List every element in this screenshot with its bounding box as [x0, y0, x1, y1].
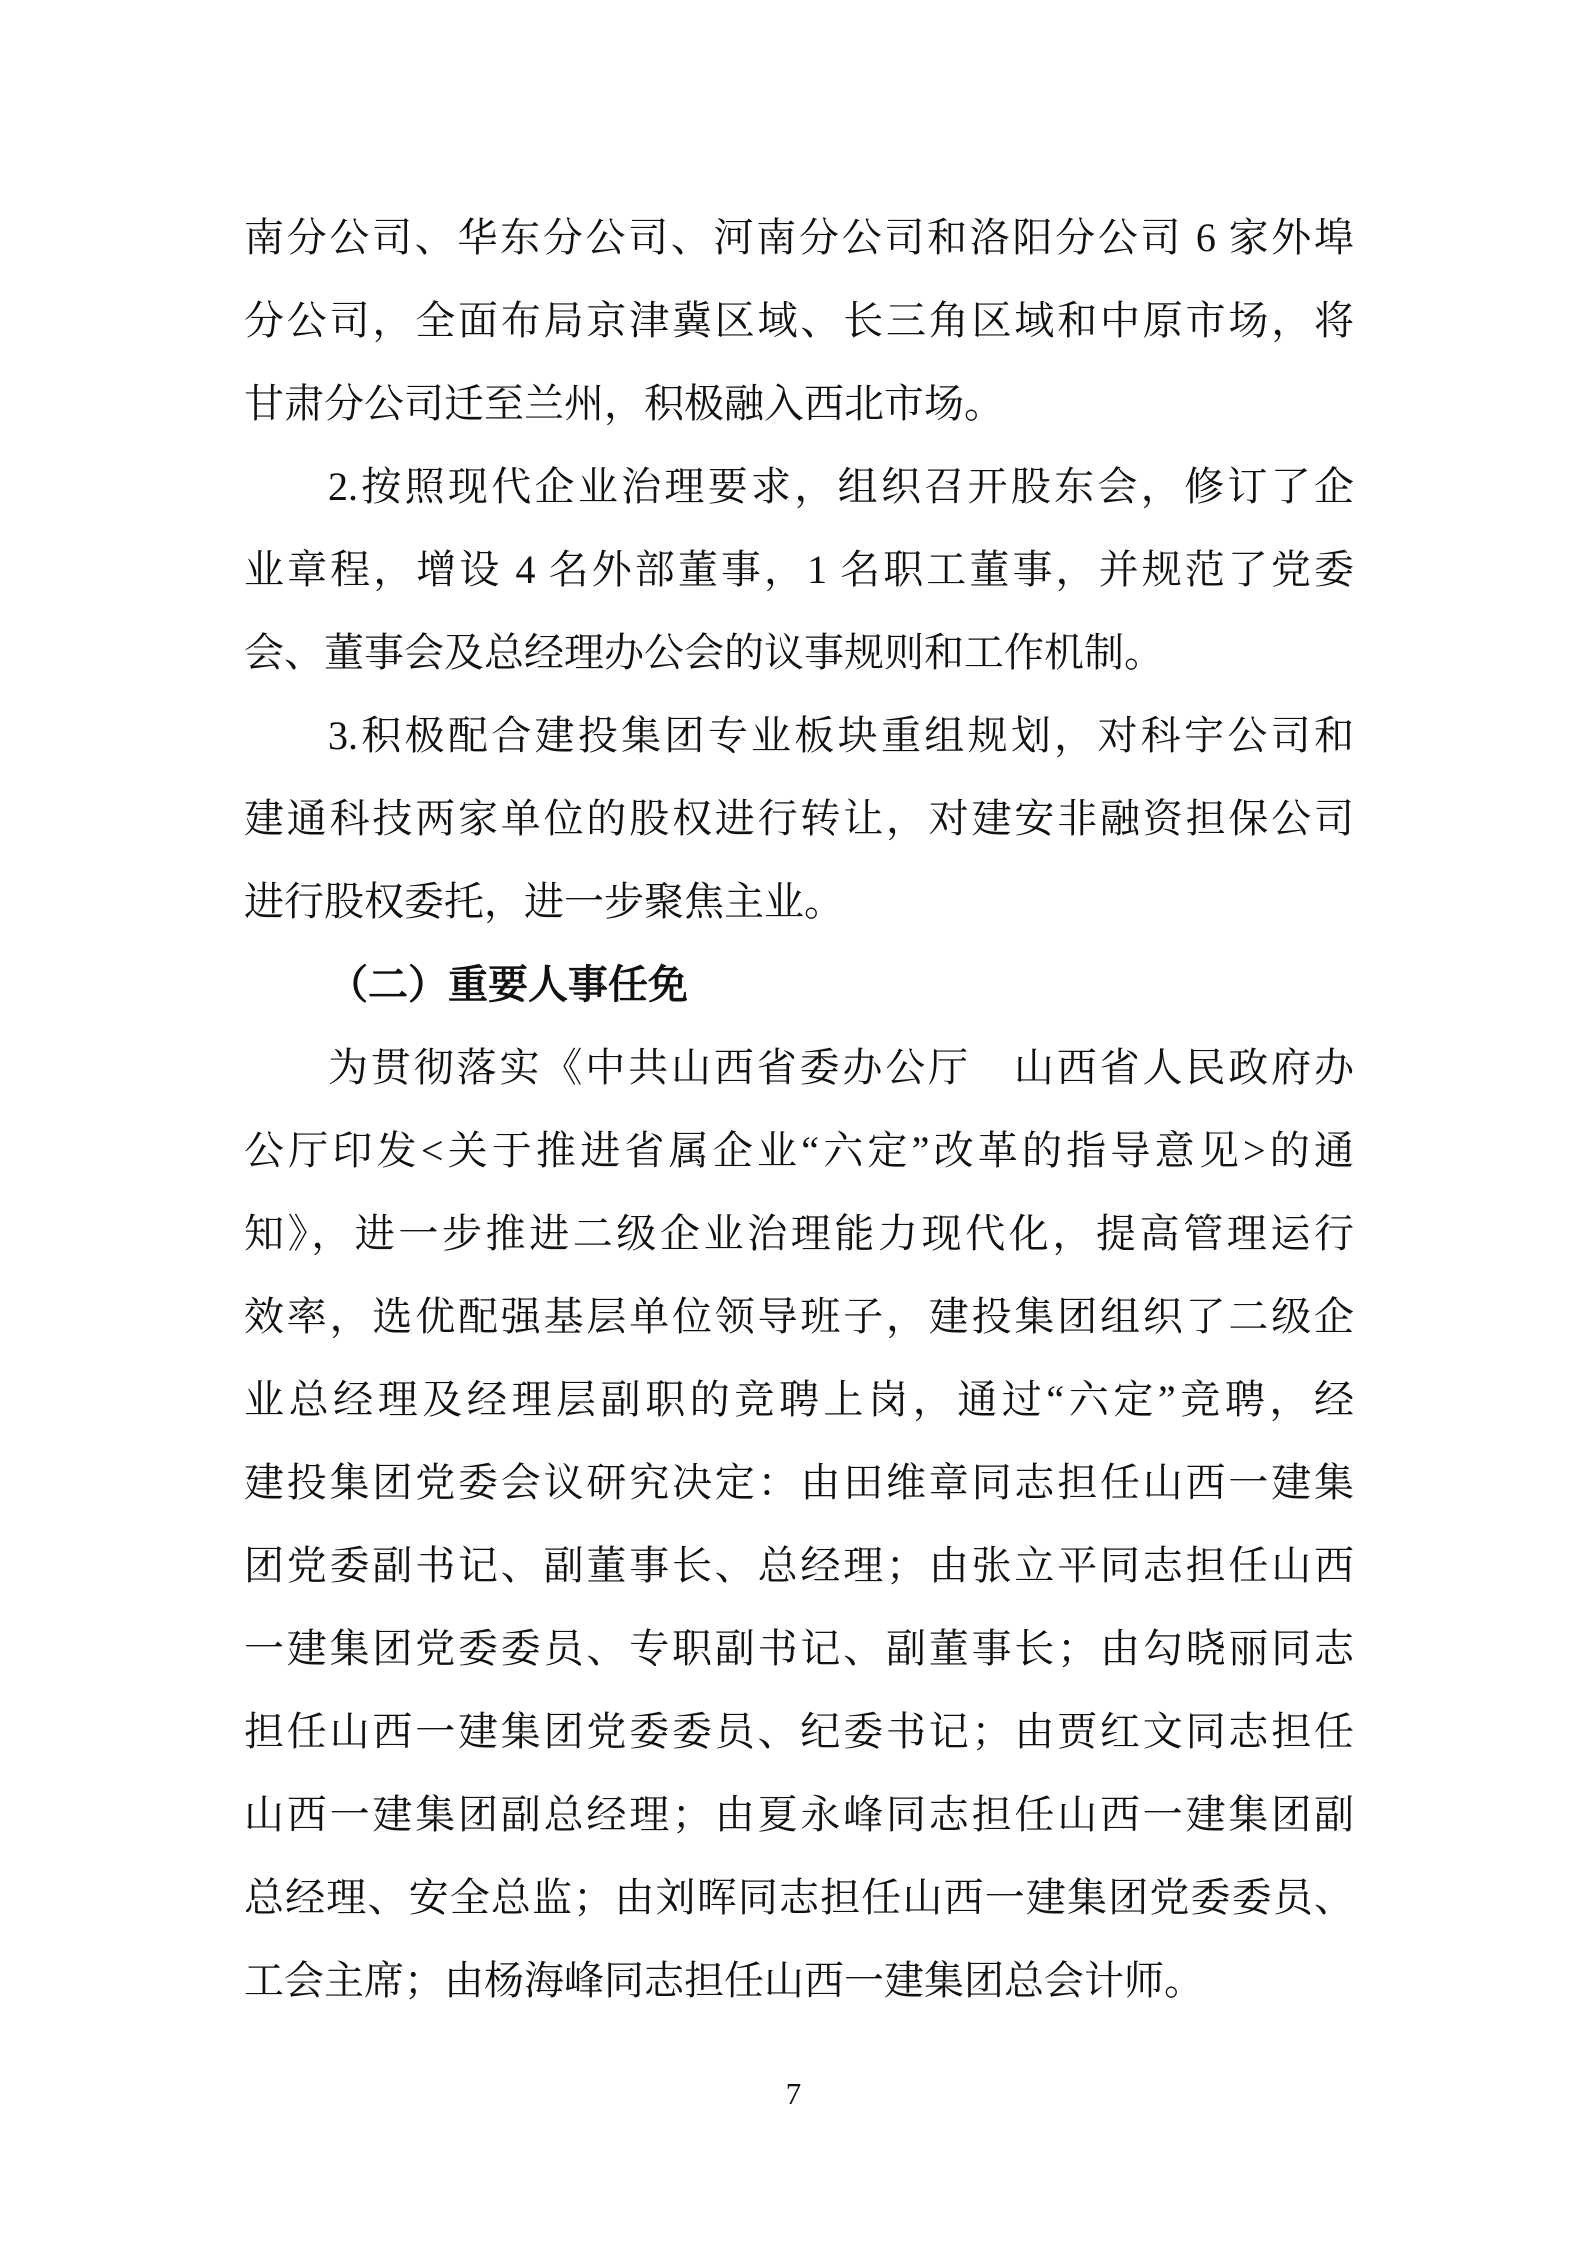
document-line: 建通科技两家单位的股权进行转让，对建安非融资担保公司 [244, 777, 1354, 860]
document-line: 分公司，全面布局京津冀区域、长三角区域和中原市场，将 [244, 279, 1354, 362]
document-line: 甘肃分公司迁至兰州，积极融入西北市场。 [244, 362, 1354, 445]
page-number: 7 [0, 2072, 1587, 2116]
document-line: 山西一建集团副总经理；由夏永峰同志担任山西一建集团副 [244, 1773, 1354, 1856]
document-line: 知》，进一步推进二级企业治理能力现代化，提高管理运行 [244, 1192, 1354, 1275]
document-line: 建投集团党委会议研究决定：由田维章同志担任山西一建集 [244, 1441, 1354, 1524]
document-line: 一建集团党委委员、专职副书记、副董事长；由勾晓丽同志 [244, 1607, 1354, 1690]
document-line: 为贯彻落实《中共山西省委办公厅 山西省人民政府办 [244, 1026, 1354, 1109]
document-line: 业章程，增设 4 名外部董事，1 名职工董事，并规范了党委 [244, 528, 1354, 611]
document-line: 担任山西一建集团党委委员、纪委书记；由贾红文同志担任 [244, 1690, 1354, 1773]
document-line: 总经理、安全总监；由刘晖同志担任山西一建集团党委委员、 [244, 1856, 1354, 1939]
document-line: 会、董事会及总经理办公会的议事规则和工作机制。 [244, 611, 1354, 694]
document-page: 南分公司、华东分公司、河南分公司和洛阳分公司 6 家外埠分公司，全面布局京津冀区… [0, 0, 1587, 2245]
document-line: 业总经理及经理层副职的竞聘上岗，通过“六定”竞聘，经 [244, 1358, 1354, 1441]
document-line: 效率，选优配强基层单位领导班子，建投集团组织了二级企 [244, 1275, 1354, 1358]
document-line: 公厅印发<关于推进省属企业“六定”改革的指导意见>的通 [244, 1109, 1354, 1192]
document-line: 进行股权委托，进一步聚焦主业。 [244, 860, 1354, 943]
document-line: 团党委副书记、副董事长、总经理；由张立平同志担任山西 [244, 1524, 1354, 1607]
section-heading: （二）重要人事任免 [244, 943, 1354, 1026]
document-line: 2.按照现代企业治理要求，组织召开股东会，修订了企 [244, 445, 1354, 528]
document-line: 工会主席；由杨海峰同志担任山西一建集团总会计师。 [244, 1939, 1354, 2022]
document-body: 南分公司、华东分公司、河南分公司和洛阳分公司 6 家外埠分公司，全面布局京津冀区… [244, 196, 1354, 2022]
document-line: 南分公司、华东分公司、河南分公司和洛阳分公司 6 家外埠 [244, 196, 1354, 279]
document-line: 3.积极配合建投集团专业板块重组规划，对科宇公司和 [244, 694, 1354, 777]
